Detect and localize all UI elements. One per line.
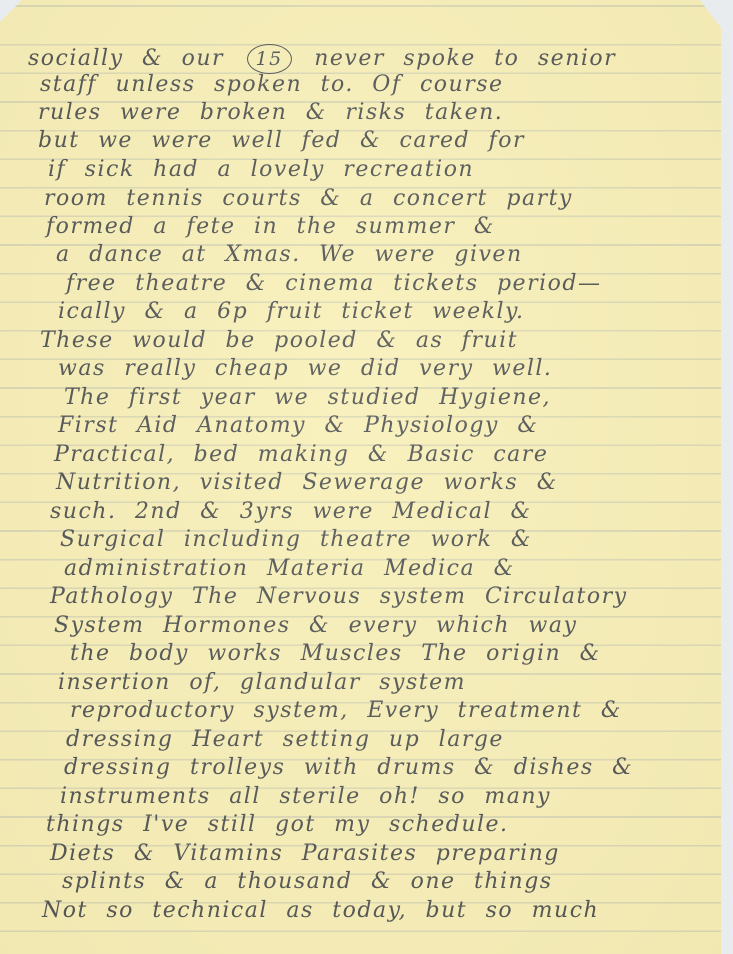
text-line: Pathology The Nervous system Circulatory (50, 584, 628, 612)
text-line: reproductory system, Every treatment & (70, 698, 622, 726)
line-text: never spoke to senior (314, 46, 616, 71)
text-line: was really cheap we did very well. (58, 356, 552, 384)
text-line: insertion of, glandular system (58, 670, 466, 698)
text-line: Nutrition, visited Sewerage works & (56, 470, 558, 498)
text-line: staff unless spoken to. Of course (40, 72, 504, 100)
text-line: dressing Heart setting up large (66, 727, 504, 755)
circled-page-number: 15 (247, 44, 292, 74)
text-line: The first year we studied Hygiene, (64, 385, 551, 413)
text-line: things I've still got my schedule. (46, 812, 509, 840)
text-line: dressing trolleys with drums & dishes & (64, 755, 633, 783)
text-line: ically & a 6p fruit ticket weekly. (58, 299, 525, 327)
text-line: administration Materia Medica & (64, 556, 515, 584)
text-line: Diets & Vitamins Parasites preparing (50, 841, 560, 869)
line-text: socially & our (28, 46, 224, 71)
text-line: System Hormones & every which way (54, 613, 577, 641)
text-line: rules were broken & risks taken. (38, 100, 503, 128)
text-line: Surgical including theatre work & (60, 527, 532, 555)
text-line: such. 2nd & 3yrs were Medical & (50, 499, 532, 527)
text-line: First Aid Anatomy & Physiology & (58, 413, 538, 441)
text-line: splints & a thousand & one things (62, 869, 553, 897)
text-line: These would be pooled & as fruit (40, 328, 518, 356)
text-line: instruments all sterile oh! so many (60, 784, 551, 812)
text-line: room tennis courts & a concert party (44, 186, 573, 214)
text-line: free theatre & cinema tickets period— (66, 271, 601, 299)
text-line: if sick had a lovely recreation (48, 157, 474, 185)
text-line: the body works Muscles The origin & (70, 641, 601, 669)
text-line: Practical, bed making & Basic care (54, 442, 548, 470)
letter-page: socially & our 15 never spoke to senior … (0, 0, 721, 954)
text-line: Not so technical as today, but so much (42, 898, 599, 926)
text-line: socially & our 15 never spoke to senior (28, 44, 616, 72)
text-line: but we were well fed & cared for (38, 128, 525, 156)
text-line: a dance at Xmas. We were given (56, 242, 523, 270)
text-line: formed a fete in the summer & (46, 214, 495, 242)
